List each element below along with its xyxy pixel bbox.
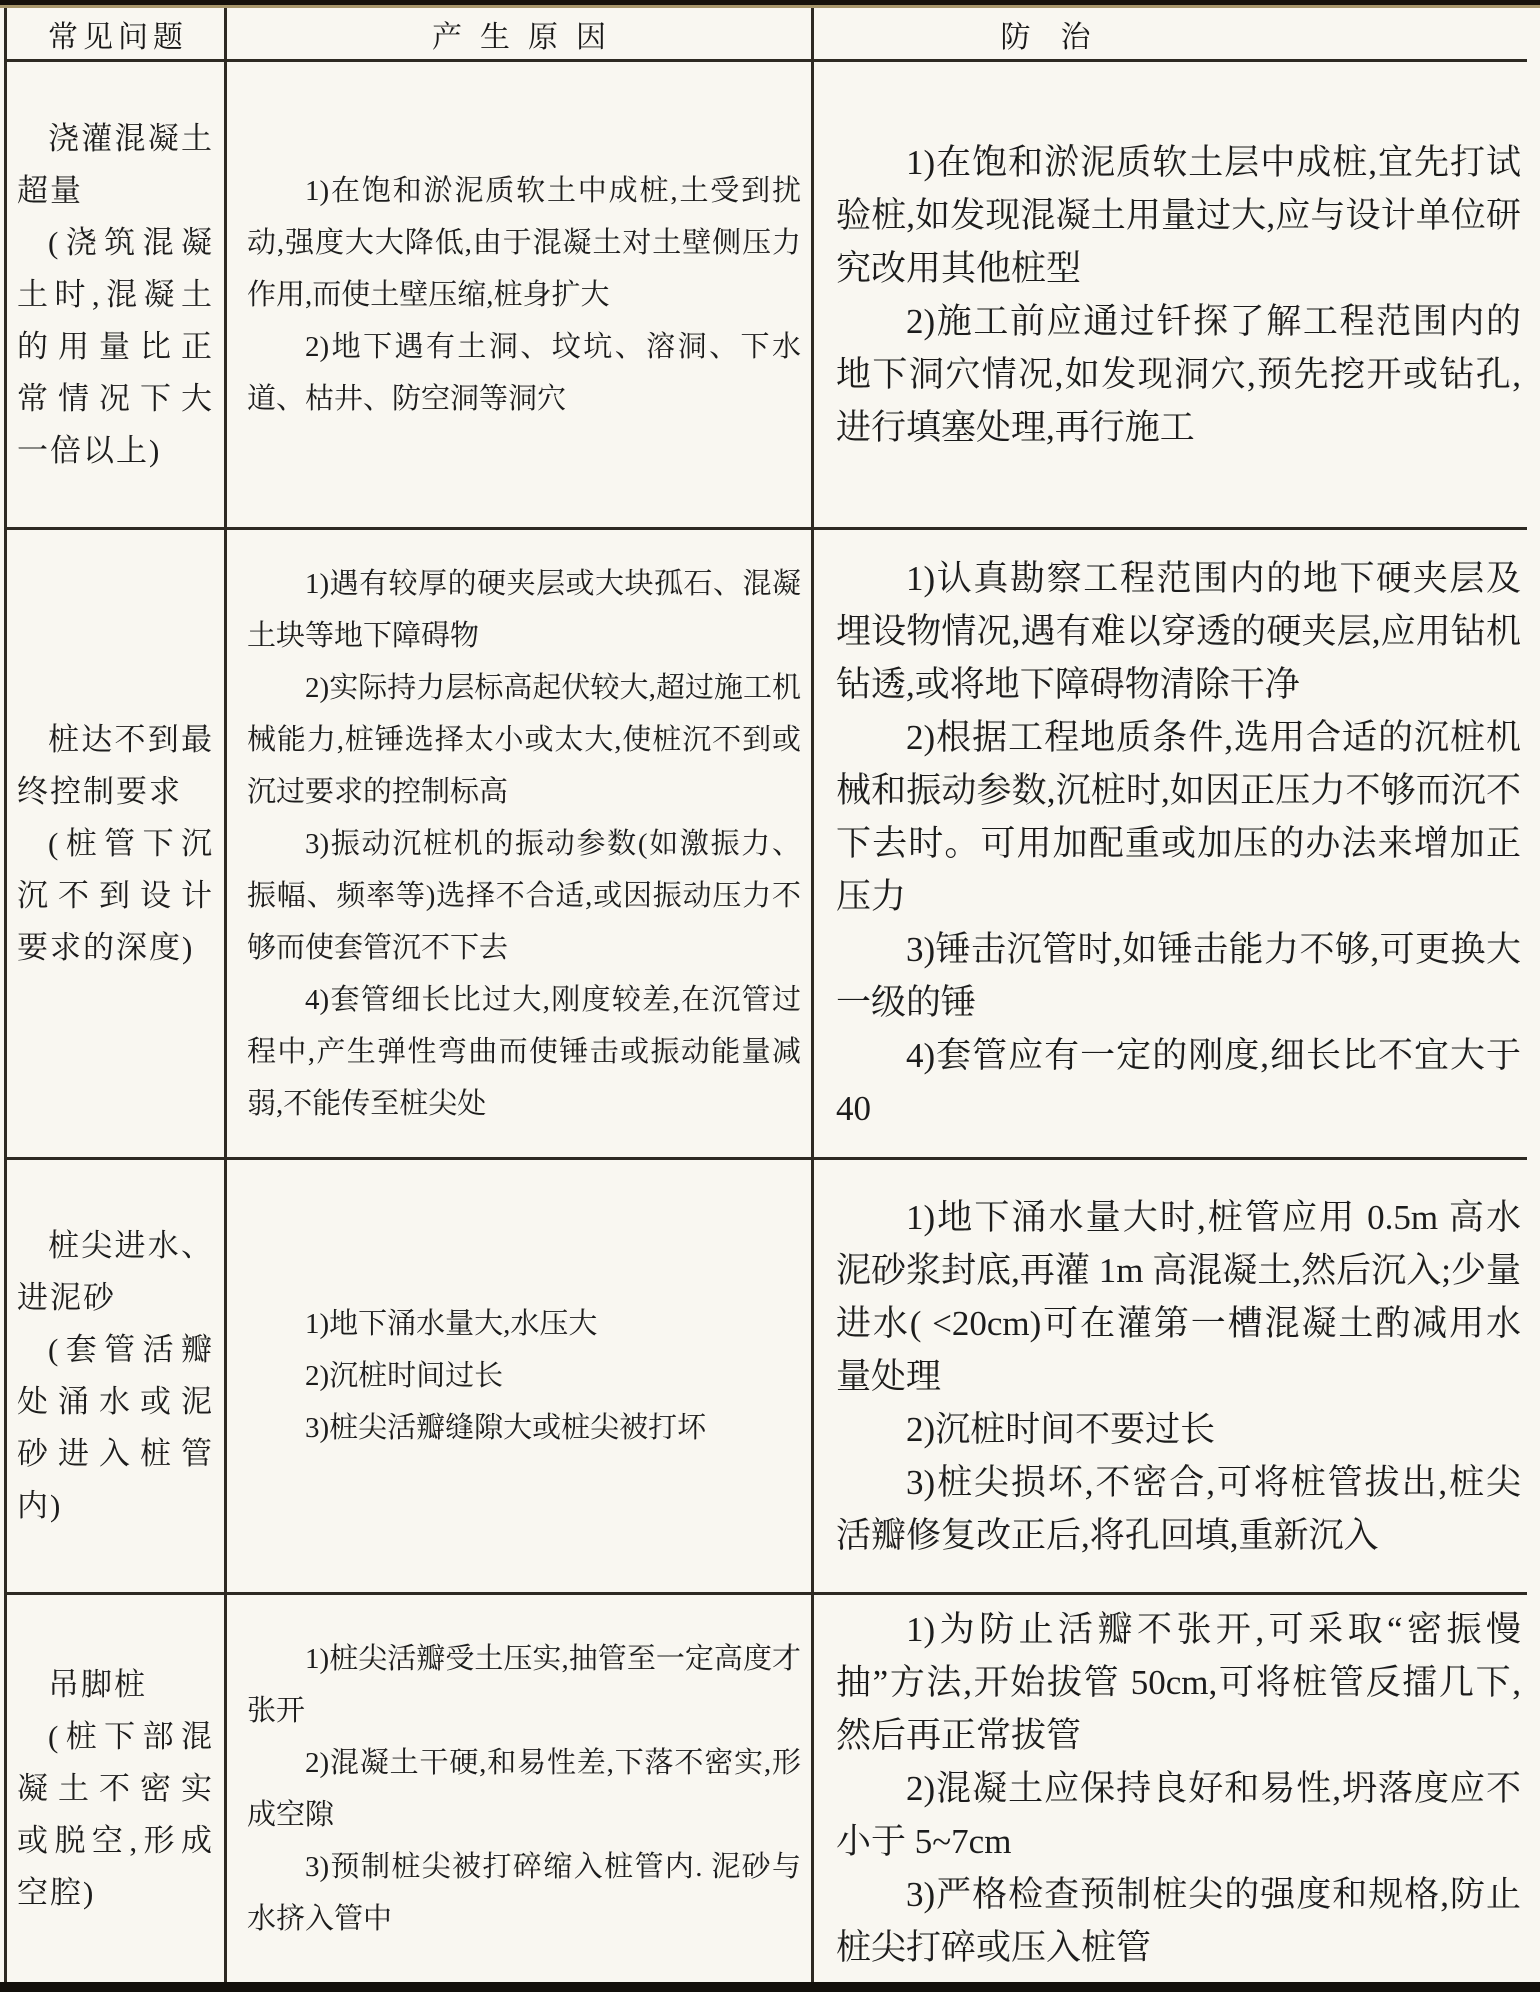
paragraph: 1)地下涌水量大,水压大	[247, 1298, 801, 1350]
problem-cell-row-2: 桩达不到最终控制要求(桩管下沉沉不到设计要求的深度)	[7, 530, 227, 1160]
paragraph: 1)在饱和淤泥质软土中成桩,土受到扰动,强度大大降低,由于混凝土对土壁侧压力作用…	[247, 165, 801, 321]
paragraph: 2)混凝土应保持良好和易性,坍落度应不小于 5~7cm	[836, 1762, 1521, 1868]
paragraph: 3)振动沉桩机的振动参数(如激振力、振幅、频率等)选择不合适,或因振动压力不够而…	[247, 818, 801, 974]
problem-cell-row-1: 浇灌混凝土超量(浇筑混凝土时,混凝土的用量比正常情况下大一倍以上)	[7, 62, 227, 530]
problem-cell-row-3: 桩尖进水、进泥砂(套管活瓣处涌水或泥砂进入桩管内)	[7, 1160, 227, 1595]
paragraph: 1)认真勘察工程范围内的地下硬夹层及埋设物情况,遇有难以穿透的硬夹层,应用钻机钻…	[836, 552, 1521, 711]
table-bottom-border	[0, 1982, 1540, 1992]
paragraph: 3)桩尖损坏,不密合,可将桩管拔出,桩尖活瓣修复改正后,将孔回填,重新沉入	[836, 1456, 1521, 1562]
scanned-document-page: 常见问题 产生原因 防治 浇灌混凝土超量(浇筑混凝土时,混凝土的用量比正常情况下…	[0, 0, 1540, 1992]
paragraph: 4)套管细长比过大,刚度较差,在沉管过程中,产生弹性弯曲而使锤击或振动能量减弱,…	[247, 974, 801, 1130]
causes-cell-row-2: 1)遇有较厚的硬夹层或大块孤石、混凝土块等地下障碍物2)实际持力层标高起伏较大,…	[227, 530, 814, 1160]
paragraph: 2)根据工程地质条件,选用合适的沉桩机械和振动参数,沉桩时,如因正压力不够而沉不…	[836, 711, 1521, 923]
paragraph: 2)地下遇有土洞、坟坑、溶洞、下水道、枯井、防空洞等洞穴	[247, 321, 801, 425]
paragraph: 2)混凝土干硬,和易性差,下落不密实,形成空隙	[247, 1737, 801, 1841]
paragraph: 3)严格检查预制桩尖的强度和规格,防止桩尖打碎或压入桩管	[836, 1868, 1521, 1974]
paragraph: 4)套管应有一定的刚度,细长比不宜大于 40	[836, 1029, 1521, 1135]
paragraph: 桩达不到最终控制要求	[17, 714, 214, 818]
pile-defects-table: 常见问题 产生原因 防治 浇灌混凝土超量(浇筑混凝土时,混凝土的用量比正常情况下…	[4, 8, 1540, 1982]
paragraph: 1)在饱和淤泥质软土层中成桩,宜先打试验桩,如发现混凝土用量过大,应与设计单位研…	[836, 136, 1521, 295]
prevention-cell-row-1: 1)在饱和淤泥质软土层中成桩,宜先打试验桩,如发现混凝土用量过大,应与设计单位研…	[814, 62, 1527, 530]
paragraph: 吊脚桩	[17, 1659, 214, 1711]
prevention-cell-row-2: 1)认真勘察工程范围内的地下硬夹层及埋设物情况,遇有难以穿透的硬夹层,应用钻机钻…	[814, 530, 1527, 1160]
prevention-cell-row-4: 1)为防止活瓣不张开,可采取“密振慢抽”方法,开始拔管 50cm,可将桩管反擂几…	[814, 1595, 1527, 1982]
paragraph: 2)沉桩时间过长	[247, 1350, 801, 1402]
causes-cell-row-1: 1)在饱和淤泥质软土中成桩,土受到扰动,强度大大降低,由于混凝土对土壁侧压力作用…	[227, 62, 814, 530]
paragraph: 3)桩尖活瓣缝隙大或桩尖被打坏	[247, 1402, 801, 1454]
paragraph: 3)锤击沉管时,如锤击能力不够,可更换大一级的锤	[836, 923, 1521, 1029]
paragraph: 3)预制桩尖被打碎缩入桩管内. 泥砂与水挤入管中	[247, 1841, 801, 1945]
paragraph: (桩下部混凝土不密实或脱空,形成空腔)	[17, 1711, 214, 1919]
paragraph: 1)地下涌水量大时,桩管应用 0.5m 高水泥砂浆封底,再灌 1m 高混凝土,然…	[836, 1191, 1521, 1403]
paragraph: 2)施工前应通过钎探了解工程范围内的地下洞穴情况,如发现洞穴,预先挖开或钻孔,进…	[836, 295, 1521, 454]
paragraph: 浇灌混凝土超量	[17, 113, 214, 217]
paragraph: (浇筑混凝土时,混凝土的用量比正常情况下大一倍以上)	[17, 217, 214, 477]
paragraph: 桩尖进水、进泥砂	[17, 1220, 214, 1324]
paragraph: (套管活瓣处涌水或泥砂进入桩管内)	[17, 1324, 214, 1532]
paragraph: 2)沉桩时间不要过长	[836, 1403, 1521, 1456]
paragraph: (桩管下沉沉不到设计要求的深度)	[17, 818, 214, 974]
paragraph: 1)桩尖活瓣受土压实,抽管至一定高度才张开	[247, 1633, 801, 1737]
causes-cell-row-4: 1)桩尖活瓣受土压实,抽管至一定高度才张开2)混凝土干硬,和易性差,下落不密实,…	[227, 1595, 814, 1982]
paragraph: 1)遇有较厚的硬夹层或大块孤石、混凝土块等地下障碍物	[247, 558, 801, 662]
paragraph: 1)为防止活瓣不张开,可采取“密振慢抽”方法,开始拔管 50cm,可将桩管反擂几…	[836, 1603, 1521, 1762]
header-common-problems: 常见问题	[7, 8, 227, 62]
header-causes: 产生原因	[227, 8, 814, 62]
paragraph: 2)实际持力层标高起伏较大,超过施工机械能力,桩锤选择太小或太大,使桩沉不到或沉…	[247, 662, 801, 818]
prevention-cell-row-3: 1)地下涌水量大时,桩管应用 0.5m 高水泥砂浆封底,再灌 1m 高混凝土,然…	[814, 1160, 1527, 1595]
problem-cell-row-4: 吊脚桩(桩下部混凝土不密实或脱空,形成空腔)	[7, 1595, 227, 1982]
header-prevention: 防治	[814, 8, 1527, 62]
causes-cell-row-3: 1)地下涌水量大,水压大2)沉桩时间过长3)桩尖活瓣缝隙大或桩尖被打坏	[227, 1160, 814, 1595]
